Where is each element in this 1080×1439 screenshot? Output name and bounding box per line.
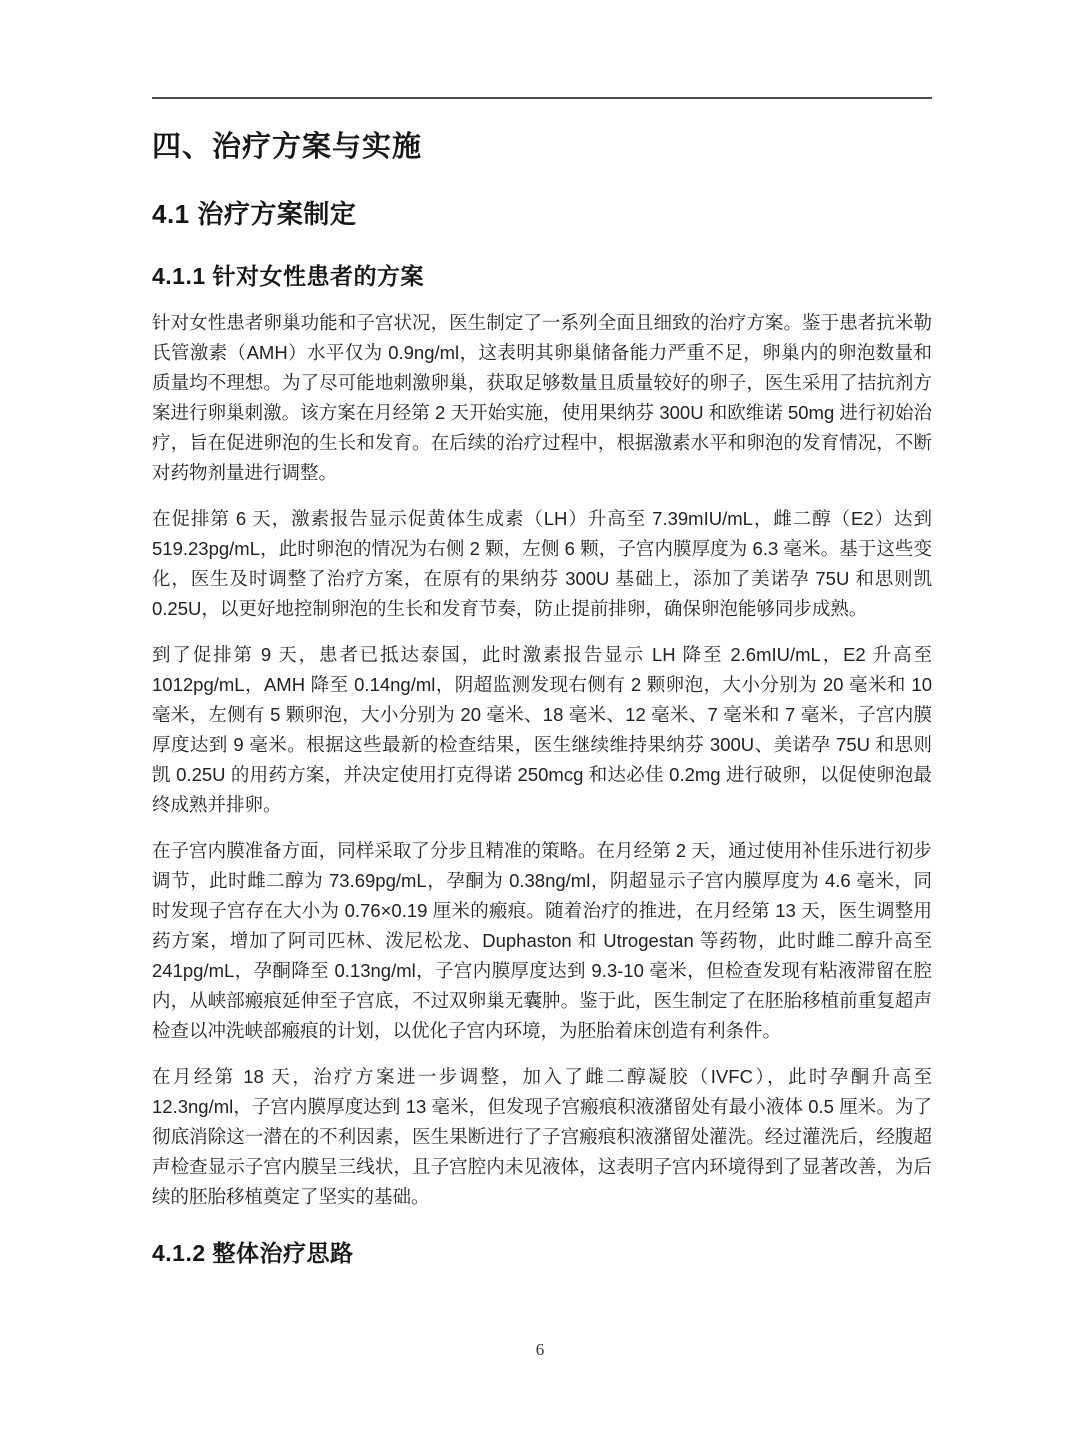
paragraph-2: 在促排第 6 天，激素报告显示促黄体生成素（LH）升高至 7.39mIU/mL，…	[152, 504, 932, 624]
section-heading: 四、治疗方案与实施	[152, 128, 932, 166]
paragraph-1: 针对女性患者卵巢功能和子宫状况，医生制定了一系列全面且细致的治疗方案。鉴于患者抗…	[152, 308, 932, 488]
paragraph-3: 到了促排第 9 天，患者已抵达泰国，此时激素报告显示 LH 降至 2.6mIU/…	[152, 640, 932, 820]
page-number: 6	[0, 1340, 1080, 1360]
paragraph-4: 在子宫内膜准备方面，同样采取了分步且精准的策略。在月经第 2 天，通过使用补佳乐…	[152, 836, 932, 1046]
paragraph-5: 在月经第 18 天，治疗方案进一步调整，加入了雌二醇凝胶（IVFC），此时孕酮升…	[152, 1062, 932, 1212]
page-content: 四、治疗方案与实施 4.1 治疗方案制定 4.1.1 针对女性患者的方案 针对女…	[152, 0, 932, 1268]
header-rule	[152, 97, 932, 99]
subsubsection-heading-2: 4.1.2 整体治疗思路	[152, 1238, 932, 1268]
subsection-heading: 4.1 治疗方案制定	[152, 197, 932, 231]
subsubsection-heading-1: 4.1.1 针对女性患者的方案	[152, 261, 932, 291]
document-page: 四、治疗方案与实施 4.1 治疗方案制定 4.1.1 针对女性患者的方案 针对女…	[0, 0, 1080, 1439]
